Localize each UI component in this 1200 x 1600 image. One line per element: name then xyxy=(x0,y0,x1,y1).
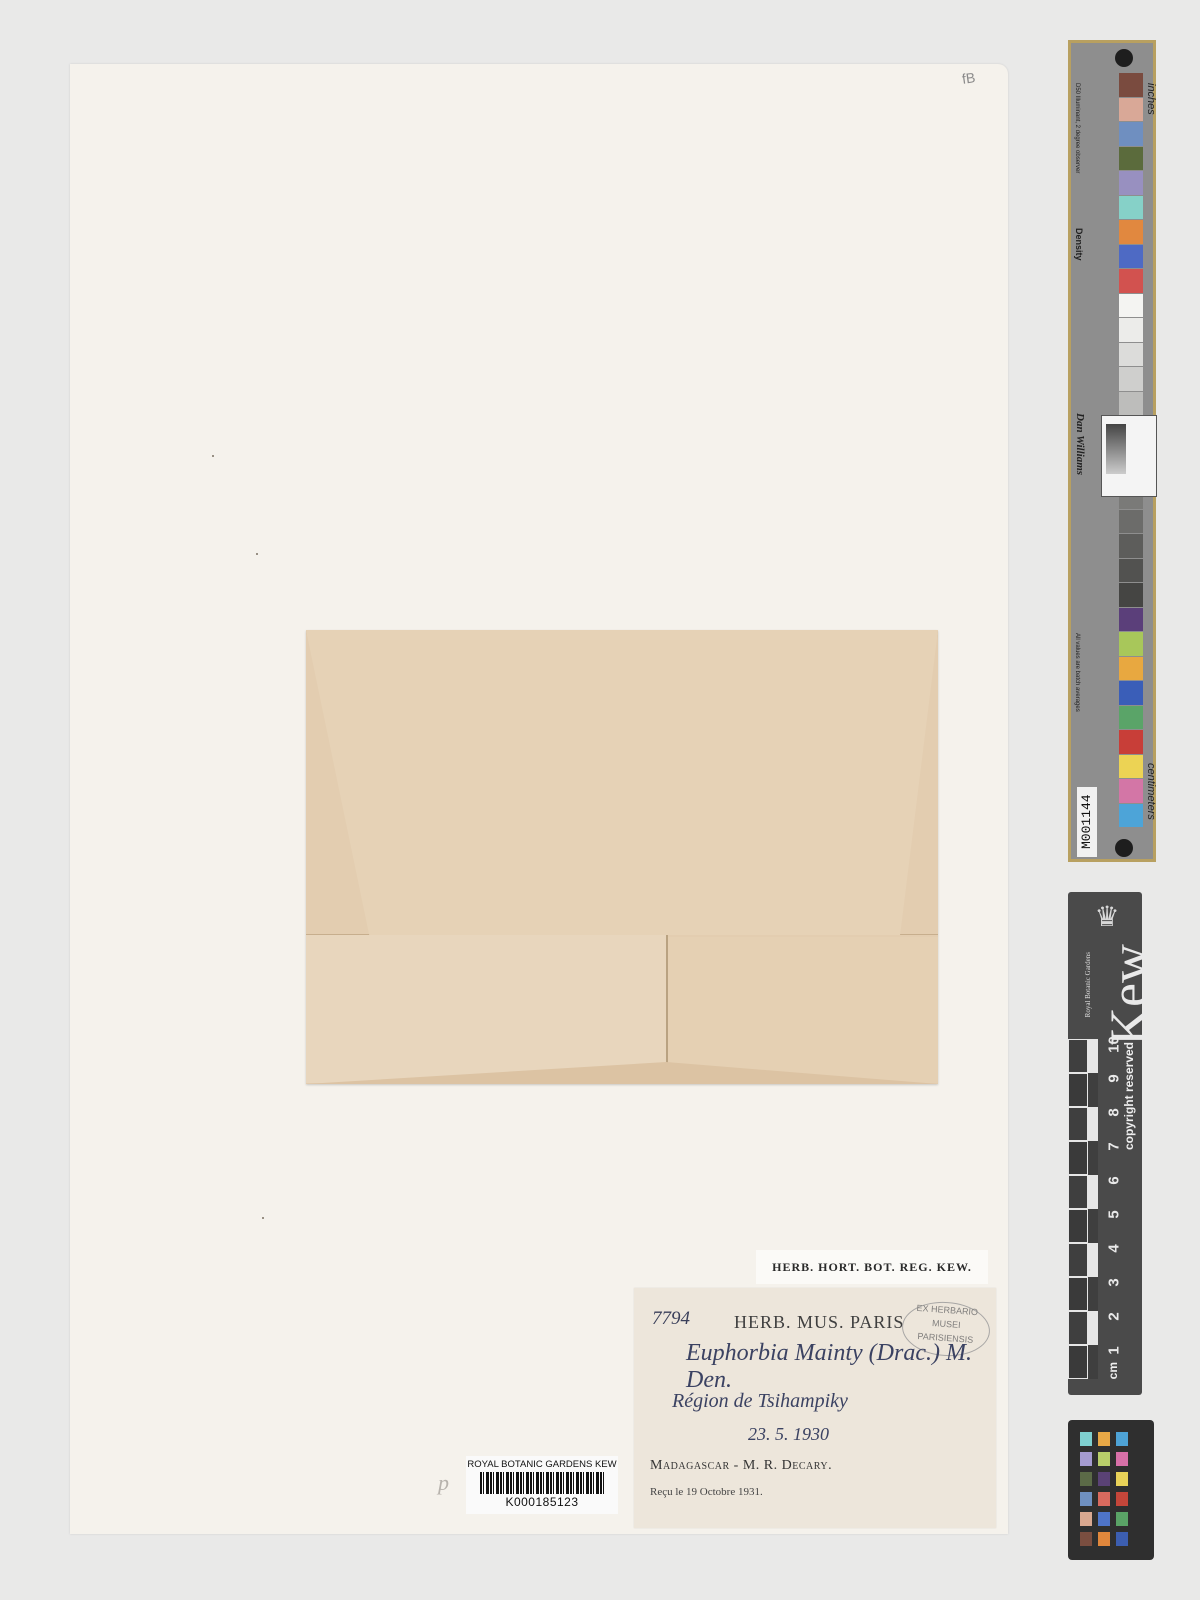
color-swatch xyxy=(1119,122,1143,146)
color-swatch xyxy=(1119,608,1143,632)
scale-block xyxy=(1088,1175,1098,1209)
checker-cell xyxy=(1080,1512,1092,1526)
checker-cell xyxy=(1116,1492,1128,1506)
scale-block xyxy=(1068,1345,1088,1379)
color-swatch xyxy=(1119,196,1143,220)
barcode-icon xyxy=(480,1472,604,1494)
scale-block xyxy=(1068,1141,1088,1175)
ruler-brand: Dan Williams xyxy=(1074,413,1086,475)
barcode-number: K000185123 xyxy=(466,1495,618,1509)
scale-block xyxy=(1088,1141,1098,1175)
kew-subtitle: Royal Botanic Gardens xyxy=(1084,952,1092,1017)
scale-block xyxy=(1068,1277,1088,1311)
label-header: HERB. MUS. PARIS xyxy=(734,1312,904,1333)
scale-digit: 2 xyxy=(1106,1307,1123,1327)
scale-block xyxy=(1068,1107,1088,1141)
checker-cell xyxy=(1116,1532,1128,1546)
kew-herbarium-label: HERB. HORT. BOT. REG. KEW. xyxy=(756,1250,988,1284)
checker-cell xyxy=(1080,1472,1092,1486)
density-label: Density xyxy=(1074,228,1084,261)
scale-block xyxy=(1088,1107,1098,1141)
centimeters-label: centimeters xyxy=(1145,763,1157,820)
scale-block xyxy=(1068,1039,1088,1073)
scale-digit: 9 xyxy=(1106,1069,1123,1089)
scale-digits: 10987654321 xyxy=(1104,1034,1124,1374)
scale-blocks xyxy=(1068,1039,1102,1379)
color-swatch xyxy=(1119,98,1143,122)
scale-block xyxy=(1088,1277,1098,1311)
scale-block xyxy=(1088,1311,1098,1345)
color-swatch xyxy=(1119,294,1143,318)
checker-cell xyxy=(1098,1492,1110,1506)
speck xyxy=(212,455,214,457)
color-swatch xyxy=(1119,147,1143,171)
scale-digit: 1 xyxy=(1106,1341,1123,1361)
scale-block xyxy=(1068,1209,1088,1243)
checker-cell xyxy=(1080,1532,1092,1546)
scale-digit: 6 xyxy=(1106,1171,1123,1191)
color-swatch xyxy=(1119,681,1143,705)
color-swatch xyxy=(1119,706,1143,730)
specimen-packet[interactable] xyxy=(306,630,938,1084)
illuminant-note: D50 Illuminant, 2 degree observer xyxy=(1074,83,1080,173)
grayscale-card xyxy=(1101,415,1157,497)
scale-block xyxy=(1088,1039,1098,1073)
color-swatch xyxy=(1119,510,1143,534)
scale-block xyxy=(1068,1243,1088,1277)
kew-logo: Kew xyxy=(1098,944,1160,1046)
collector: Madagascar - M. R. Decary. xyxy=(650,1458,832,1474)
scale-digit: 4 xyxy=(1106,1239,1123,1259)
kew-scale-bar: ♛ Kew Royal Botanic Gardens 10987654321 … xyxy=(1068,892,1142,1395)
color-swatch xyxy=(1119,657,1143,681)
corner-pencil-mark: fB xyxy=(961,69,976,87)
barcode-label: ROYAL BOTANIC GARDENS KEW K000185123 xyxy=(466,1456,618,1514)
gray-gradient xyxy=(1106,424,1126,474)
speck xyxy=(256,553,258,555)
ruler-id: M001144 xyxy=(1077,787,1097,857)
checker-cell xyxy=(1080,1452,1092,1466)
ruler-hole-icon xyxy=(1115,49,1133,67)
specimen-number: 7794 xyxy=(652,1308,690,1330)
packet-flap-left xyxy=(306,935,668,1083)
color-swatch xyxy=(1119,632,1143,656)
color-swatch xyxy=(1119,318,1143,342)
ruler-hole-icon xyxy=(1115,839,1133,857)
scale-digit: 3 xyxy=(1106,1273,1123,1293)
barcode-institution: ROYAL BOTANIC GARDENS KEW xyxy=(466,1459,618,1470)
checker-cell xyxy=(1080,1492,1092,1506)
scale-digit: 8 xyxy=(1106,1103,1123,1123)
scale-block xyxy=(1088,1209,1098,1243)
checker-cell xyxy=(1098,1532,1110,1546)
scale-digit: 5 xyxy=(1106,1205,1123,1225)
color-checker-card xyxy=(1068,1420,1154,1560)
kew-crest-icon: ♛ xyxy=(1090,900,1124,936)
color-swatch xyxy=(1119,245,1143,269)
copyright-notice: copyright reserved xyxy=(1122,1042,1136,1150)
scale-digit: 10 xyxy=(1106,1035,1123,1055)
collection-date: 23. 5. 1930 xyxy=(748,1424,829,1445)
checker-cell xyxy=(1098,1472,1110,1486)
color-swatch xyxy=(1119,755,1143,779)
color-swatch xyxy=(1119,534,1143,558)
scale-block xyxy=(1068,1175,1088,1209)
checker-cell xyxy=(1116,1512,1128,1526)
color-swatch xyxy=(1119,730,1143,754)
unit-label: cm xyxy=(1106,1362,1120,1379)
scale-block xyxy=(1088,1073,1098,1107)
color-swatch xyxy=(1119,583,1143,607)
scale-block xyxy=(1068,1311,1088,1345)
scale-digit: 7 xyxy=(1106,1137,1123,1157)
taxon-name: Euphorbia Mainty (Drac.) M. Den. xyxy=(686,1340,996,1394)
color-swatch xyxy=(1119,559,1143,583)
color-swatch xyxy=(1119,73,1143,97)
color-swatch xyxy=(1119,171,1143,195)
checker-cell xyxy=(1098,1452,1110,1466)
checker-cell xyxy=(1098,1512,1110,1526)
packet-flap-right xyxy=(668,937,938,1083)
checker-cell xyxy=(1080,1432,1092,1446)
color-swatch xyxy=(1119,220,1143,244)
locality: Région de Tsihampiky xyxy=(672,1390,848,1413)
speck xyxy=(262,1217,264,1219)
color-swatch xyxy=(1119,804,1143,828)
color-swatch xyxy=(1119,779,1143,803)
color-swatch xyxy=(1119,343,1143,367)
scale-block xyxy=(1068,1073,1088,1107)
scale-block xyxy=(1088,1345,1098,1379)
color-swatch xyxy=(1119,367,1143,391)
checker-cell xyxy=(1116,1432,1128,1446)
inches-label: inches xyxy=(1145,83,1157,115)
scale-block xyxy=(1088,1243,1098,1277)
paris-herbarium-label: 7794 HERB. MUS. PARIS EX HERBARIO MUSEI … xyxy=(634,1288,996,1528)
color-swatch xyxy=(1119,269,1143,293)
packet-flap-top xyxy=(306,630,938,935)
color-swatch xyxy=(1119,392,1143,416)
color-calibration-ruler: inches centimeters D50 Illuminant, 2 deg… xyxy=(1068,40,1156,862)
checker-cell xyxy=(1116,1472,1128,1486)
averages-note: All values are batch averages xyxy=(1074,633,1080,712)
pencil-mark: p xyxy=(438,1470,449,1496)
checker-cell xyxy=(1098,1432,1110,1446)
checker-cell xyxy=(1116,1452,1128,1466)
received-date: Reçu le 19 Octobre 1931. xyxy=(650,1486,763,1498)
